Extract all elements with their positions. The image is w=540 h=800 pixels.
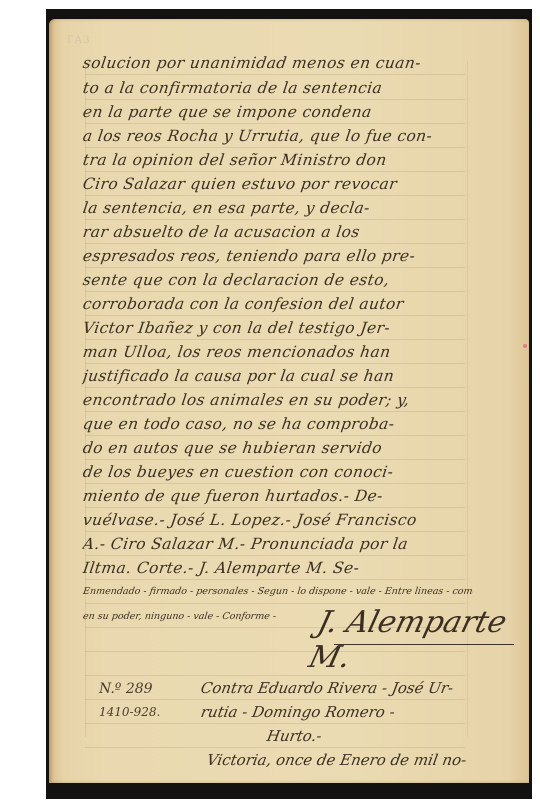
ruled-line (85, 195, 465, 196)
ruled-line (85, 579, 465, 580)
body-line: to a la confirmatoria de la sentencia (82, 79, 475, 97)
body-line: en la parte que se impone condena (82, 103, 475, 121)
body-line: miento de que fueron hurtados.- De- (82, 487, 475, 505)
body-line: man Ulloa, los reos mencionados han (82, 343, 475, 361)
ruled-line (85, 459, 465, 460)
ruled-line (85, 723, 465, 724)
case-number: N.º 289 (99, 681, 153, 697)
ruled-line (85, 243, 465, 244)
body-line: Ciro Salazar quien estuvo por revocar (82, 175, 475, 193)
ruled-line (85, 291, 465, 292)
body-line: Iltma. Corte.- J. Alemparte M. Se- (82, 559, 475, 577)
light-reflection (523, 344, 527, 348)
ruled-line (85, 555, 465, 556)
signature: J. Alemparte M. (305, 605, 537, 675)
ledger-page: ГАЗ solucion por unanimidad menos en cua… (49, 19, 529, 783)
ruled-line (85, 339, 465, 340)
ruled-line (85, 699, 465, 700)
ruled-line (85, 387, 465, 388)
ruled-line (85, 507, 465, 508)
body-line: a los reos Rocha y Urrutia, que lo fue c… (82, 127, 475, 145)
body-line: tra la opinion del señor Ministro don (82, 151, 475, 169)
body-line: vuélvase.- José L. Lopez.- José Francisc… (82, 511, 475, 529)
ruled-line (85, 123, 465, 124)
body-line: espresados reos, teniendo para ello pre- (82, 247, 475, 265)
ruled-line (85, 363, 465, 364)
ruled-line (85, 483, 465, 484)
signature-underline (334, 644, 514, 645)
ruled-line (85, 99, 465, 100)
body-line: Victor Ibañez y con la del testigo Jer- (82, 319, 475, 337)
case-title-line: Hurto.- (265, 727, 323, 745)
case-reference: 1410-928. (99, 705, 160, 719)
ruled-line (85, 267, 465, 268)
ruled-line (85, 603, 465, 604)
annotation-line: en su poder, ninguno - vale - Conforme - (82, 611, 304, 622)
body-line: do en autos que se hubieran servido (82, 439, 475, 457)
ruled-line (85, 675, 465, 676)
corner-stamp: ГАЗ (67, 35, 90, 46)
ruled-line (85, 747, 465, 748)
body-line: justificado la causa por la cual se han (82, 367, 475, 385)
annotation-line: Enmendado - firmado - personales - Segun… (82, 586, 474, 597)
body-line: rar absuelto de la acusacion a los (82, 223, 475, 241)
case-title-line: rutia - Domingo Romero - (199, 703, 396, 721)
case-title-line: Contra Eduardo Rivera - José Ur- (199, 679, 454, 697)
ruled-line (85, 315, 465, 316)
body-line: solucion por unanimidad menos en cuan- (82, 54, 475, 72)
ruled-line (85, 531, 465, 532)
ruled-line (85, 171, 465, 172)
ruled-line (85, 435, 465, 436)
body-line: la sentencia, en esa parte, y decla- (82, 199, 475, 217)
body-line: de los bueyes en cuestion con conoci- (82, 463, 475, 481)
body-line: A.- Ciro Salazar M.- Pronunciada por la (82, 535, 475, 553)
body-line: encontrado los animales en su poder; y, (82, 391, 475, 409)
body-line: corroborada con la confesion del autor (82, 295, 475, 313)
body-line: sente que con la declaracion de esto, (82, 271, 475, 289)
case-title-line: Victoria, once de Enero de mil no- (205, 751, 467, 769)
ruled-line (85, 219, 465, 220)
ruled-line (85, 147, 465, 148)
ruled-line (85, 411, 465, 412)
body-line: que en todo caso, no se ha comproba- (82, 415, 475, 433)
ruled-line (85, 74, 465, 75)
